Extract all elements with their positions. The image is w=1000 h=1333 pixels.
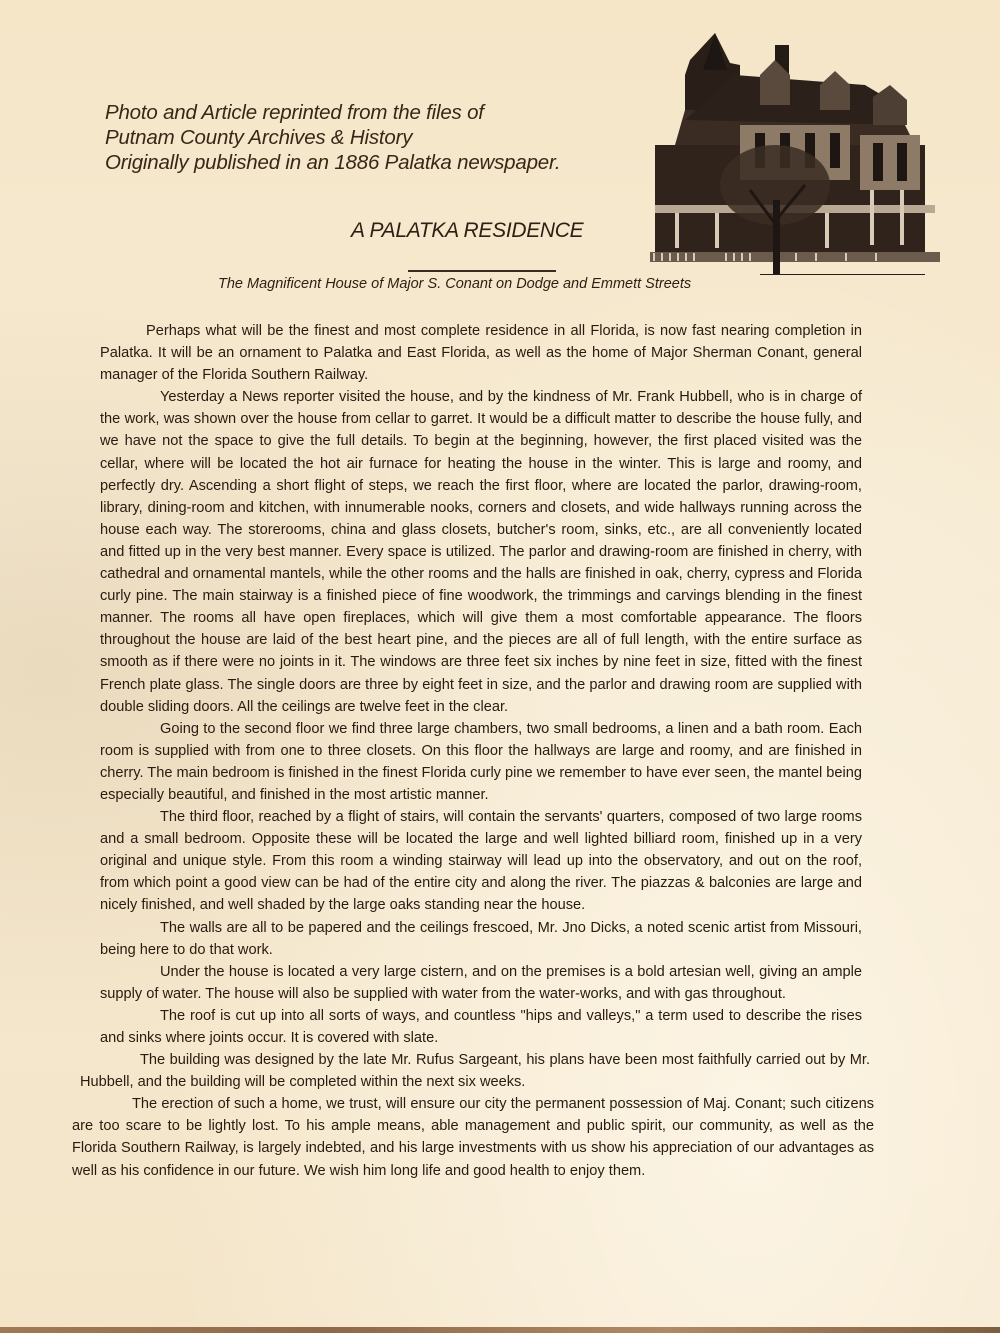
title-divider [408,270,556,272]
article-paragraph: The building was designed by the late Mr… [80,1049,870,1093]
credit-line: Photo and Article reprinted from the fil… [105,100,560,125]
credit-line: Originally published in an 1886 Palatka … [105,150,560,175]
article-headline: A PALATKA RESIDENCE [351,219,583,243]
article-subtitle: The Magnificent House of Major S. Conant… [218,276,691,292]
article-paragraph: Under the house is located a very large … [100,961,862,1005]
victorian-house-photo-icon [645,15,945,275]
article-paragraph: Going to the second floor we find three … [100,718,862,806]
reprint-credit: Photo and Article reprinted from the fil… [105,100,560,175]
article-paragraph: The walls are all to be papered and the … [100,917,862,961]
article-paragraph: The third floor, reached by a flight of … [100,806,862,916]
page-bottom-edge [0,1327,1000,1333]
article-paragraph: Perhaps what will be the finest and most… [100,320,862,386]
article-paragraph: Yesterday a News reporter visited the ho… [100,386,862,717]
article-body: Perhaps what will be the finest and most… [100,320,862,1182]
article-paragraph: The erection of such a home, we trust, w… [72,1093,874,1181]
credit-line: Putnam County Archives & History [105,125,560,150]
article-paragraph: The roof is cut up into all sorts of way… [100,1005,862,1049]
